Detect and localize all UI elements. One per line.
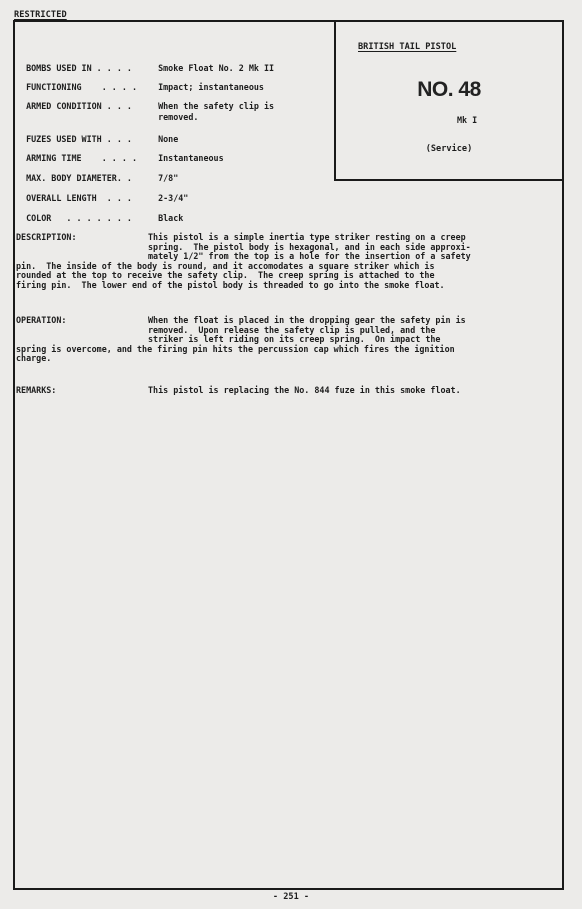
- spec-row-overall-length: OVERALL LENGTH . . .2-3/4": [16, 182, 188, 204]
- description-line: firing pin. The lower end of the pistol …: [16, 281, 546, 291]
- spec-label: ARMED CONDITION . . .: [26, 101, 158, 112]
- item-status: (Service): [336, 144, 562, 154]
- description-section: DESCRIPTION: This pistol is a simple ine…: [16, 233, 546, 291]
- operation-heading: OPERATION:: [16, 316, 66, 326]
- item-mark: Mk I: [457, 115, 477, 125]
- title-box: BRITISH TAIL PISTOL NO. 48 Mk I (Service…: [334, 20, 562, 181]
- remarks-heading: REMARKS:: [16, 386, 56, 396]
- remarks-section: REMARKS: This pistol is replacing the No…: [16, 386, 546, 396]
- operation-line: charge.: [16, 354, 546, 364]
- description-heading: DESCRIPTION:: [16, 233, 77, 243]
- operation-line: spring is overcome, and the firing pin h…: [16, 345, 546, 355]
- spec-label: COLOR . . . . . . .: [26, 213, 158, 224]
- spec-value-block: When the safety clip isremoved.: [158, 101, 274, 123]
- classification-marking: RESTRICTED: [14, 10, 67, 20]
- spec-value-continued: removed.: [158, 112, 198, 122]
- spec-row-max-body-diameter: MAX. BODY DIAMETER. .7/8": [16, 162, 178, 184]
- spec-row-arming-time: ARMING TIME . . . .Instantaneous: [16, 142, 224, 164]
- spec-value: Black: [158, 213, 183, 224]
- spec-row-color: COLOR . . . . . . .Black: [16, 202, 183, 224]
- item-number: NO. 48: [336, 78, 562, 102]
- spec-row-armed-condition: ARMED CONDITION . . .When the safety cli…: [16, 90, 274, 123]
- page-number: - 251 -: [0, 892, 582, 902]
- spec-value: When the safety clip is: [158, 101, 274, 111]
- remarks-line: This pistol is replacing the No. 844 fuz…: [16, 386, 546, 396]
- operation-section: OPERATION: When the float is placed in t…: [16, 316, 546, 364]
- item-category: BRITISH TAIL PISTOL: [358, 42, 456, 52]
